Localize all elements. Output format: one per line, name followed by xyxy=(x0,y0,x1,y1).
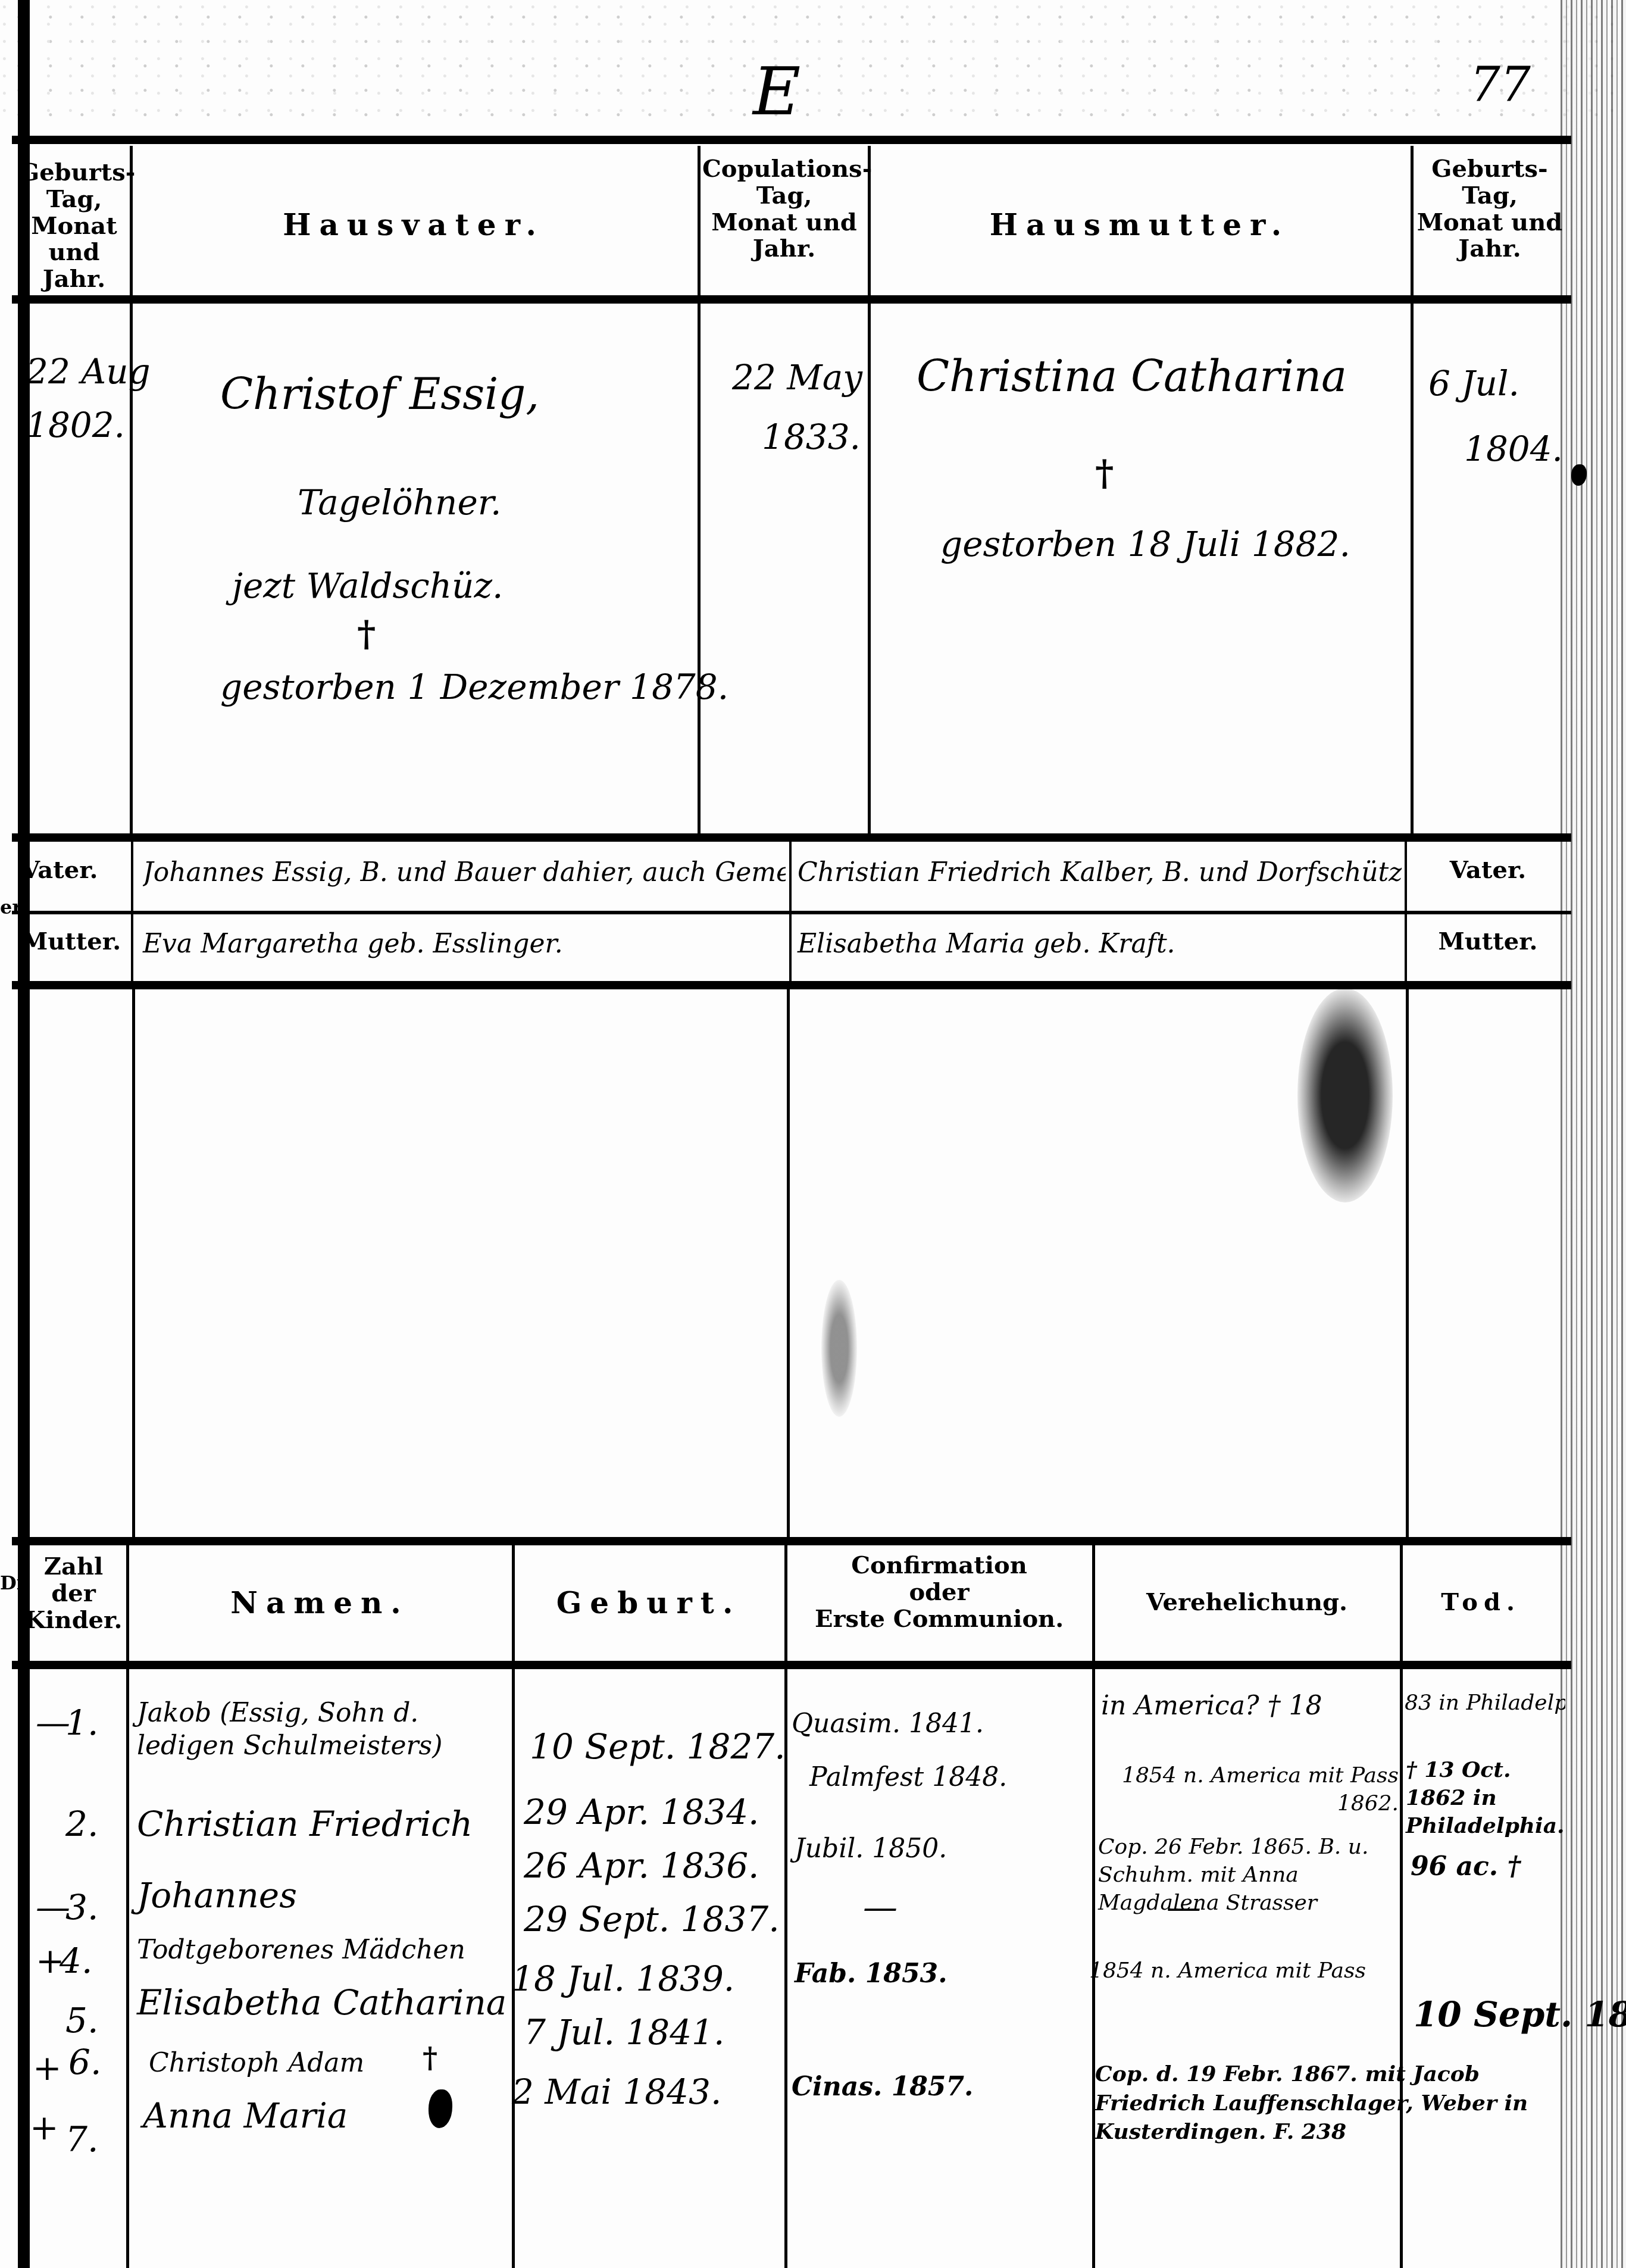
header-birth-mother: Geburts- Tag, Monat und Jahr. xyxy=(1415,156,1564,263)
death-cross-icon: † xyxy=(1095,452,1114,494)
copulation-day: 22 May xyxy=(732,357,862,398)
child-1-name: Jakob (Essig, Sohn d. ledigen Schulmeist… xyxy=(137,1697,506,1762)
label-vater-left: Vater. xyxy=(21,857,129,884)
header-child-birth: Geburt. xyxy=(515,1586,782,1620)
rule xyxy=(12,911,1571,914)
column-rule xyxy=(1406,989,1409,1537)
father-name: Christof Essig, xyxy=(220,369,539,419)
child-2-number: 2. xyxy=(65,1804,98,1844)
child-5-name: Elisabetha Catharina xyxy=(137,1982,506,2023)
child-4-name: Todtgeborenes Mädchen xyxy=(137,1935,465,1965)
child-3-number: 3. xyxy=(65,1887,98,1928)
column-rule xyxy=(868,146,871,836)
rule xyxy=(12,1537,1571,1545)
header-copulation: Copulations- Tag, Monat und Jahr. xyxy=(702,156,866,263)
page-number: 77 xyxy=(1470,57,1531,112)
child-5-birth: 18 Jul. 1839. xyxy=(512,1958,734,1999)
column-rule xyxy=(1405,842,1407,982)
father-occupation-later: jezt Waldschüz. xyxy=(232,566,503,606)
ink-stain xyxy=(821,1280,857,1417)
child-2-marriage: 1854 n. America mit Pass 1862. xyxy=(1098,1762,1399,1818)
rule xyxy=(12,981,1571,989)
child-5-number: 5. xyxy=(65,2000,98,2041)
wife-father: Christian Friedrich Kalber, B. und Dorfs… xyxy=(798,857,1402,888)
header-child-name: Namen. xyxy=(131,1586,509,1620)
ink-blot xyxy=(429,2089,452,2128)
copulation-year: 1833. xyxy=(762,417,861,457)
margin-fragment: er xyxy=(0,896,22,919)
child-1-confirmation: Quasim. 1841. xyxy=(792,1708,984,1739)
column-rule xyxy=(126,1545,129,2268)
child-3-name: Johannes xyxy=(137,1875,297,1916)
column-rule xyxy=(131,842,133,982)
father-birth-day: 22 Aug xyxy=(26,351,151,392)
header-child-marriage: Verehelichung. xyxy=(1095,1589,1399,1616)
child-1-birth: 10 Sept. 1827. xyxy=(530,1726,786,1767)
husband-mother: Eva Margaretha geb. Esslinger. xyxy=(143,929,563,959)
rule xyxy=(12,136,1571,144)
child-4-marriage: — xyxy=(1167,1887,1201,1928)
header-hausmutter: Hausmutter. xyxy=(872,208,1408,242)
father-death: gestorben 1 Dezember 1878. xyxy=(220,667,728,707)
column-rule xyxy=(789,842,792,982)
child-5-death: 10 Sept. 1841 xyxy=(1414,1994,1626,2035)
column-rule xyxy=(1092,1545,1095,2268)
death-cross-icon: † xyxy=(423,2042,437,2075)
column-rule xyxy=(698,146,701,836)
child-1-number: 1. xyxy=(65,1702,98,1743)
husband-father: Johannes Essig, B. und Bauer dahier, auc… xyxy=(143,857,786,888)
label-mutter-left: Mutter. xyxy=(21,929,129,955)
child-2-birth: 29 Apr. 1834. xyxy=(524,1792,759,1832)
column-rule xyxy=(1411,146,1414,836)
column-rule xyxy=(130,146,133,836)
header-child-death: Tod. xyxy=(1403,1589,1558,1616)
child-6-number: 6. xyxy=(68,2042,101,2082)
binding-edge xyxy=(18,0,30,2268)
child-3-confirmation: Jubil. 1850. xyxy=(795,1833,947,1864)
margin-fragment: Di xyxy=(0,1572,24,1594)
wife-mother: Elisabetha Maria geb. Kraft. xyxy=(798,929,1175,959)
page-letter: E xyxy=(753,54,801,130)
column-rule xyxy=(1400,1545,1403,2268)
child-4-confirmation: — xyxy=(863,1887,898,1928)
header-birth-father: Geburts- Tag, Monat und Jahr. xyxy=(19,160,129,293)
header-child-confirmation: Confirmation oder Erste Communion. xyxy=(788,1552,1090,1632)
child-6-name: Christoph Adam xyxy=(149,2048,364,2078)
rule xyxy=(12,833,1571,842)
child-5-confirmation: Fab. 1853. xyxy=(795,1958,948,1989)
child-1-marriage: in America? † 18 xyxy=(1101,1691,1322,1721)
column-rule xyxy=(784,1545,787,2268)
child-7-name: Anna Maria xyxy=(143,2095,348,2136)
child-7-marriage: Cop. d. 19 Febr. 1867. mit Jacob Friedri… xyxy=(1095,2060,1565,2147)
header-child-number: Zahl der Kinder. xyxy=(21,1554,126,1633)
death-cross-icon: † xyxy=(357,613,376,655)
child-3-birth: 26 Apr. 1836. xyxy=(524,1845,759,1886)
rule xyxy=(12,1661,1571,1669)
child-1-death: 83 in Philadelphia xyxy=(1405,1691,1565,1715)
child-6-birth: 7 Jul. 1841. xyxy=(524,2012,724,2053)
child-3-marriage: Cop. 26 Febr. 1865. B. u. Schuhm. mit An… xyxy=(1098,1833,1399,1917)
register-page: E 77 Geburts- Tag, Monat und Jahr. Hausv… xyxy=(0,0,1626,2268)
ink-stain xyxy=(1297,988,1393,1202)
page-edge-shadow xyxy=(1561,0,1626,2268)
child-7-number: 7. xyxy=(65,2119,98,2160)
paper-speckle xyxy=(0,0,1626,125)
mother-birth-day: 6 Jul. xyxy=(1428,363,1519,404)
child-2-death: † 13 Oct. 1862 in Philadelphia. xyxy=(1406,1756,1566,1839)
child-2-confirmation: Palmfest 1848. xyxy=(809,1762,1007,1792)
mother-death: gestorben 18 Juli 1882. xyxy=(940,524,1350,564)
child-2-name: Christian Friedrich xyxy=(137,1804,473,1844)
column-rule xyxy=(512,1545,515,2268)
label-mutter-right: Mutter. xyxy=(1419,929,1556,955)
father-occupation: Tagelöhner. xyxy=(298,482,502,523)
child-7-birth: 2 Mai 1843. xyxy=(512,2072,721,2112)
rule xyxy=(12,295,1571,304)
child-6-mark: + xyxy=(33,2048,62,2088)
child-4-birth: 29 Sept. 1837. xyxy=(524,1899,780,1939)
mother-birth-year: 1804. xyxy=(1464,429,1563,469)
column-rule xyxy=(132,989,135,1537)
child-7-confirmation: Cinas. 1857. xyxy=(792,2072,973,2102)
child-4-number: 4. xyxy=(60,1941,92,1981)
child-5-marriage: 1854 n. America mit Pass xyxy=(1089,1958,1366,1983)
column-rule xyxy=(787,989,790,1537)
header-hausvater: Hausvater. xyxy=(134,208,693,242)
mother-name: Christina Catharina xyxy=(917,351,1347,401)
child-3-death: 96 ac. † xyxy=(1411,1851,1559,1882)
child-7-mark: + xyxy=(30,2107,59,2148)
father-birth-year: 1802. xyxy=(26,405,125,445)
label-vater-right: Vater. xyxy=(1419,857,1556,884)
